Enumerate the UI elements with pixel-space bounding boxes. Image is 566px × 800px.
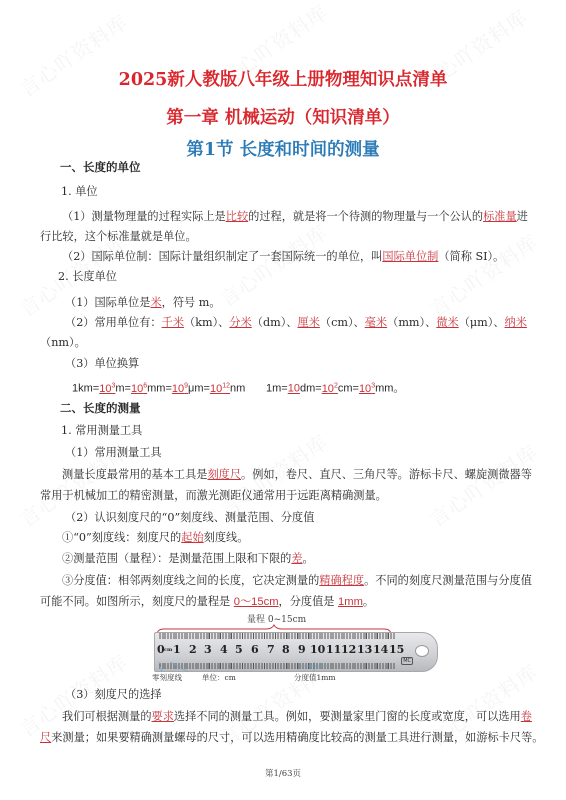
- key-term: 卷: [521, 710, 532, 723]
- key-term: 分米: [229, 316, 251, 329]
- paragraph: （2）国际单位制：国际计量组织制定了一套国际统一的单位，叫国际单位制（简称 SI…: [62, 250, 504, 264]
- formula-km: 1km=103m=106mm=109μm=1012nm: [72, 379, 245, 396]
- key-term: 10: [288, 383, 300, 395]
- key-term: 米: [150, 296, 161, 309]
- key-term: 毫米: [365, 316, 387, 329]
- paragraph-cont: （nm）。: [40, 336, 86, 350]
- zero-line-label: 零刻度线: [152, 672, 182, 683]
- text: （km）、: [184, 316, 229, 329]
- heading-length-units: 一、长度的单位: [60, 160, 141, 174]
- paragraph: （1）测量物理量的过程实际上是比较的过程，就是将一个待测的物理量与一个公认的标准…: [62, 210, 528, 224]
- key-term: 106: [131, 383, 147, 395]
- watermark: 言心吖资料库: [423, 226, 543, 322]
- text: （简称 SI）。: [438, 250, 504, 263]
- formula-m: 1m=10dm=102cm=103mm。: [266, 379, 404, 396]
- key-term: 0～15cm: [234, 596, 279, 608]
- key-term: 102: [322, 383, 338, 395]
- subheading-conversion: （3）单位换算: [65, 357, 139, 371]
- text: 进: [517, 210, 528, 223]
- paragraph-cont: 尺来测量；如果要精确测量螺母的尺寸，可以选用精确度比较高的测量工具进行测量，如游…: [40, 731, 543, 745]
- ruler-numbers: 0 cm 1 2 3 4 5 6 7 8 9 10 11 12 13 14 15: [155, 643, 405, 657]
- key-term: 刻度尺: [207, 468, 241, 481]
- subheading-unit: 1. 单位: [61, 185, 98, 199]
- subheading-length-unit: 2. 长度单位: [58, 270, 117, 284]
- heading-length-measurement: 二、长度的测量: [60, 401, 141, 415]
- key-term: 厘米: [298, 316, 320, 329]
- ruler-ticks-top: [159, 633, 395, 639]
- key-term: 要求: [152, 710, 174, 723]
- text: （2）国际单位制：国际计量组织制定了一套国际统一的单位，叫: [62, 250, 382, 263]
- text: 测量长度最常用的基本工具是: [62, 468, 207, 481]
- key-term: 103: [359, 383, 375, 395]
- key-term: 1012: [210, 383, 230, 395]
- paragraph-cont: 可能不同。如图所示，刻度尺的量程是 0～15cm，分度值是 1mm。: [40, 595, 374, 609]
- ruler-figure: 量程 0~15cm 0 cm 1 2 3 4 5 6 7 8 9 10 11 1…: [152, 612, 442, 682]
- key-term: 109: [172, 383, 188, 395]
- key-term: 起始: [181, 531, 203, 544]
- key-term: 千米: [162, 316, 184, 329]
- text: 选择不同的测量工具。例如，要测量家里门窗的长度或宽度，可以选用: [174, 710, 521, 723]
- paragraph-cont: 常用于机械加工的精密测量，而激光测距仪通常用于远距离精确测量。: [40, 489, 387, 503]
- text: 。不同的刻度尺测量范围与分度值: [364, 574, 532, 587]
- division-label: 分度值1mm: [294, 672, 336, 683]
- text: ①“0”刻度线：刻度尺的: [62, 531, 181, 544]
- paragraph: ②测量范围（量程）：是测量范围上限和下限的差。: [62, 552, 314, 566]
- text: （cm）、: [320, 316, 365, 329]
- section-title: 第1节 长度和时间的测量: [0, 136, 566, 161]
- key-term: 国际单位制: [382, 250, 438, 263]
- key-term: 比较: [226, 210, 248, 223]
- paragraph: （1）国际单位是米，符号 m。: [65, 296, 221, 310]
- text: 刻度线。: [204, 531, 249, 544]
- key-term: 1mm: [338, 596, 363, 608]
- subheading-common-tools: （1）常用测量工具: [65, 446, 162, 460]
- paragraph-common-units: （2）常用单位有：千米（km）、分米（dm）、厘米（cm）、毫米（mm）、微米（…: [65, 316, 527, 330]
- paragraph: 测量长度最常用的基本工具是刻度尺。例如，卷尺、直尺、三角尺等。游标卡尺、螺旋测微…: [62, 468, 532, 482]
- paragraph: ③分度值：相邻两刻度线之间的长度，它决定测量的精确程度。不同的刻度尺测量范围与分…: [62, 574, 532, 588]
- paragraph: ①“0”刻度线：刻度尺的起始刻度线。: [62, 531, 248, 545]
- key-term: 精确程度: [319, 574, 364, 587]
- text: ②测量范围（量程）：是测量范围上限和下限的: [62, 552, 291, 565]
- text: （dm）、: [252, 316, 298, 329]
- text: 可能不同。如图所示，刻度尺的量程是: [40, 595, 234, 608]
- text: （μm）、: [459, 316, 505, 329]
- chapter-title: 第一章 机械运动（知识清单）: [0, 104, 566, 129]
- key-term: 差: [291, 552, 302, 565]
- unit-label: 单位：cm: [202, 672, 236, 683]
- ruler-hole: [415, 645, 429, 657]
- text: 。: [303, 552, 314, 565]
- text: 1km=: [72, 383, 99, 395]
- text: （2）常用单位有：: [65, 316, 162, 329]
- text: ，分度值是: [279, 595, 339, 608]
- text: （1）国际单位是: [65, 296, 150, 309]
- text: 来测量；如果要精确测量螺母的尺寸，可以选用精确度比较高的测量工具进行测量，如游标…: [51, 731, 543, 744]
- text: 。例如，卷尺、直尺、三角尺等。游标卡尺、螺旋测微器等: [241, 468, 532, 481]
- text: ③分度值：相邻两刻度线之间的长度，它决定测量的: [62, 574, 319, 587]
- watermark: 言心吖资料库: [213, 216, 333, 312]
- text: ，符号 m。: [162, 296, 221, 309]
- text: 。: [363, 595, 374, 608]
- paragraph-cont: 行比较，这个标准量就是单位。: [40, 230, 197, 244]
- key-term: 微米: [436, 316, 458, 329]
- subheading-ruler: （2）认识刻度尺的“0”刻度线、测量范围、分度值: [65, 511, 314, 525]
- subheading-ruler-choice: （3）刻度尺的选择: [65, 688, 162, 702]
- text: 1m=: [266, 383, 288, 395]
- watermark: 言心吖资料库: [423, 436, 543, 532]
- text: 我们可根据测量的: [62, 710, 152, 723]
- key-term: 103: [99, 383, 115, 395]
- text: 的过程，就是将一个待测的物理量与一个公认的: [248, 210, 483, 223]
- key-term: 尺: [40, 731, 51, 744]
- document-title: 2025新人教版八年级上册物理知识点清单: [0, 66, 566, 91]
- paragraph: 我们可根据测量的要求选择不同的测量工具。例如，要测量家里门窗的长度或宽度，可以选…: [62, 710, 532, 724]
- subheading-tools: 1. 常用测量工具: [61, 424, 142, 438]
- text: （1）测量物理量的过程实际上是: [62, 210, 226, 223]
- page-number: 第1/63页: [0, 767, 566, 779]
- key-term: 纳米: [505, 316, 527, 329]
- key-term: 标准量: [483, 210, 517, 223]
- text: （mm）、: [387, 316, 436, 329]
